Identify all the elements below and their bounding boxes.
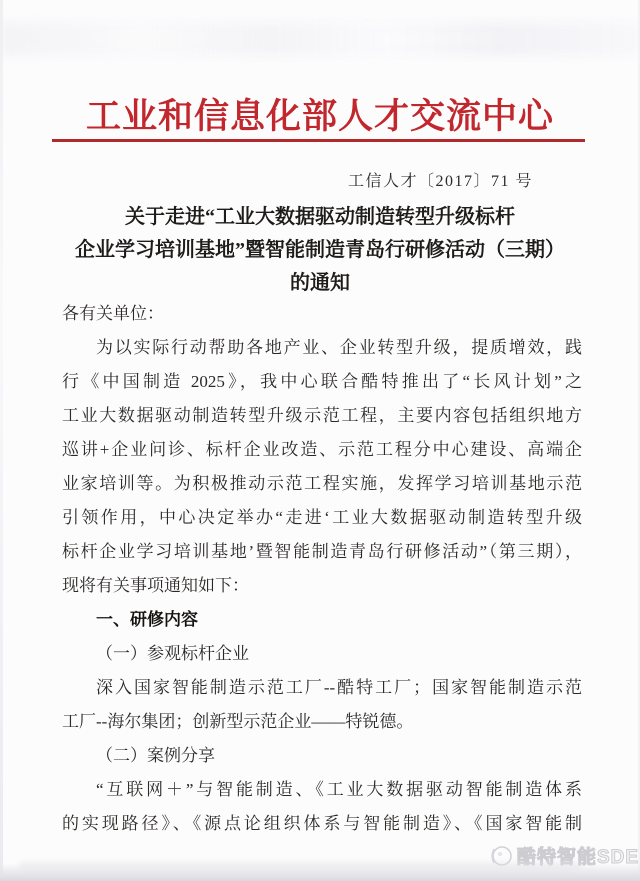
notice-title-line-2: 企业学习培训基地”暨智能制造青岛行研修活动（三期）	[40, 234, 600, 267]
section-heading-1: 一、研修内容	[62, 603, 582, 637]
letterhead-org-name: 工业和信息化部人才交流中心	[0, 89, 640, 139]
subsection-heading-1: （一）参观标杆企业	[62, 637, 582, 671]
scan-texture-band	[0, 22, 640, 56]
body-line: 标杆企业学习培训基地’暨智能制造青岛行研修活动”（第三期），	[62, 535, 582, 569]
body-line: 的实现路径》、《源点论组织体系与智能制造》、《国家智能制	[62, 807, 582, 841]
body-line: 巡讲+企业问诊、标杆企业改造、示范工程分中心建设、高端企	[62, 433, 582, 467]
subsection-heading-2: （二）案例分享	[62, 739, 582, 773]
body-line: 工业大数据驱动制造转型升级示范工程，主要内容包括组织地方	[62, 399, 582, 433]
body-line: 行《中国制造 2025》，我中心联合酷特推出了“长风计划”之	[62, 365, 582, 399]
notice-title-line-3: 的通知	[40, 267, 600, 300]
body-line: 为以实际行动帮助各地产业、企业转型升级，提质增效，践	[62, 331, 582, 365]
body-line: 现将有关事项通知如下：	[62, 569, 582, 603]
notice-title-line-1: 关于走进“工业大数据驱动制造转型升级标杆	[40, 201, 600, 234]
body-line: “互联网＋”与智能制造、《工业大数据驱动智能制造体系	[62, 773, 582, 807]
body-line: 深入国家智能制造示范工厂--酷特工厂；国家智能制造示范	[62, 671, 582, 705]
notice-title: 关于走进“工业大数据驱动制造转型升级标杆 企业学习培训基地”暨智能制造青岛行研修…	[40, 201, 600, 300]
body-line: 工厂--海尔集团；创新型示范企业——特锐德。	[62, 705, 582, 739]
scanned-notice-page: 工业和信息化部人才交流中心 工信人才〔2017〕71 号 关于走进“工业大数据驱…	[0, 0, 640, 881]
body-line: 业家培训等。为积极推动示范工程实施，发挥学习培训基地示范	[62, 467, 582, 501]
scan-bottom-shadow	[0, 863, 640, 881]
body-line-salutation: 各有关单位：	[62, 297, 582, 331]
doc-reference-number: 工信人才〔2017〕71 号	[348, 168, 533, 191]
notice-body: 各有关单位： 为以实际行动帮助各地产业、企业转型升级，提质增效，践 行《中国制造…	[62, 297, 582, 841]
letterhead-divider-rule	[52, 139, 585, 142]
body-line: 引领作用，中心决定举办“走进‘工业大数据驱动制造转型升级	[62, 501, 582, 535]
